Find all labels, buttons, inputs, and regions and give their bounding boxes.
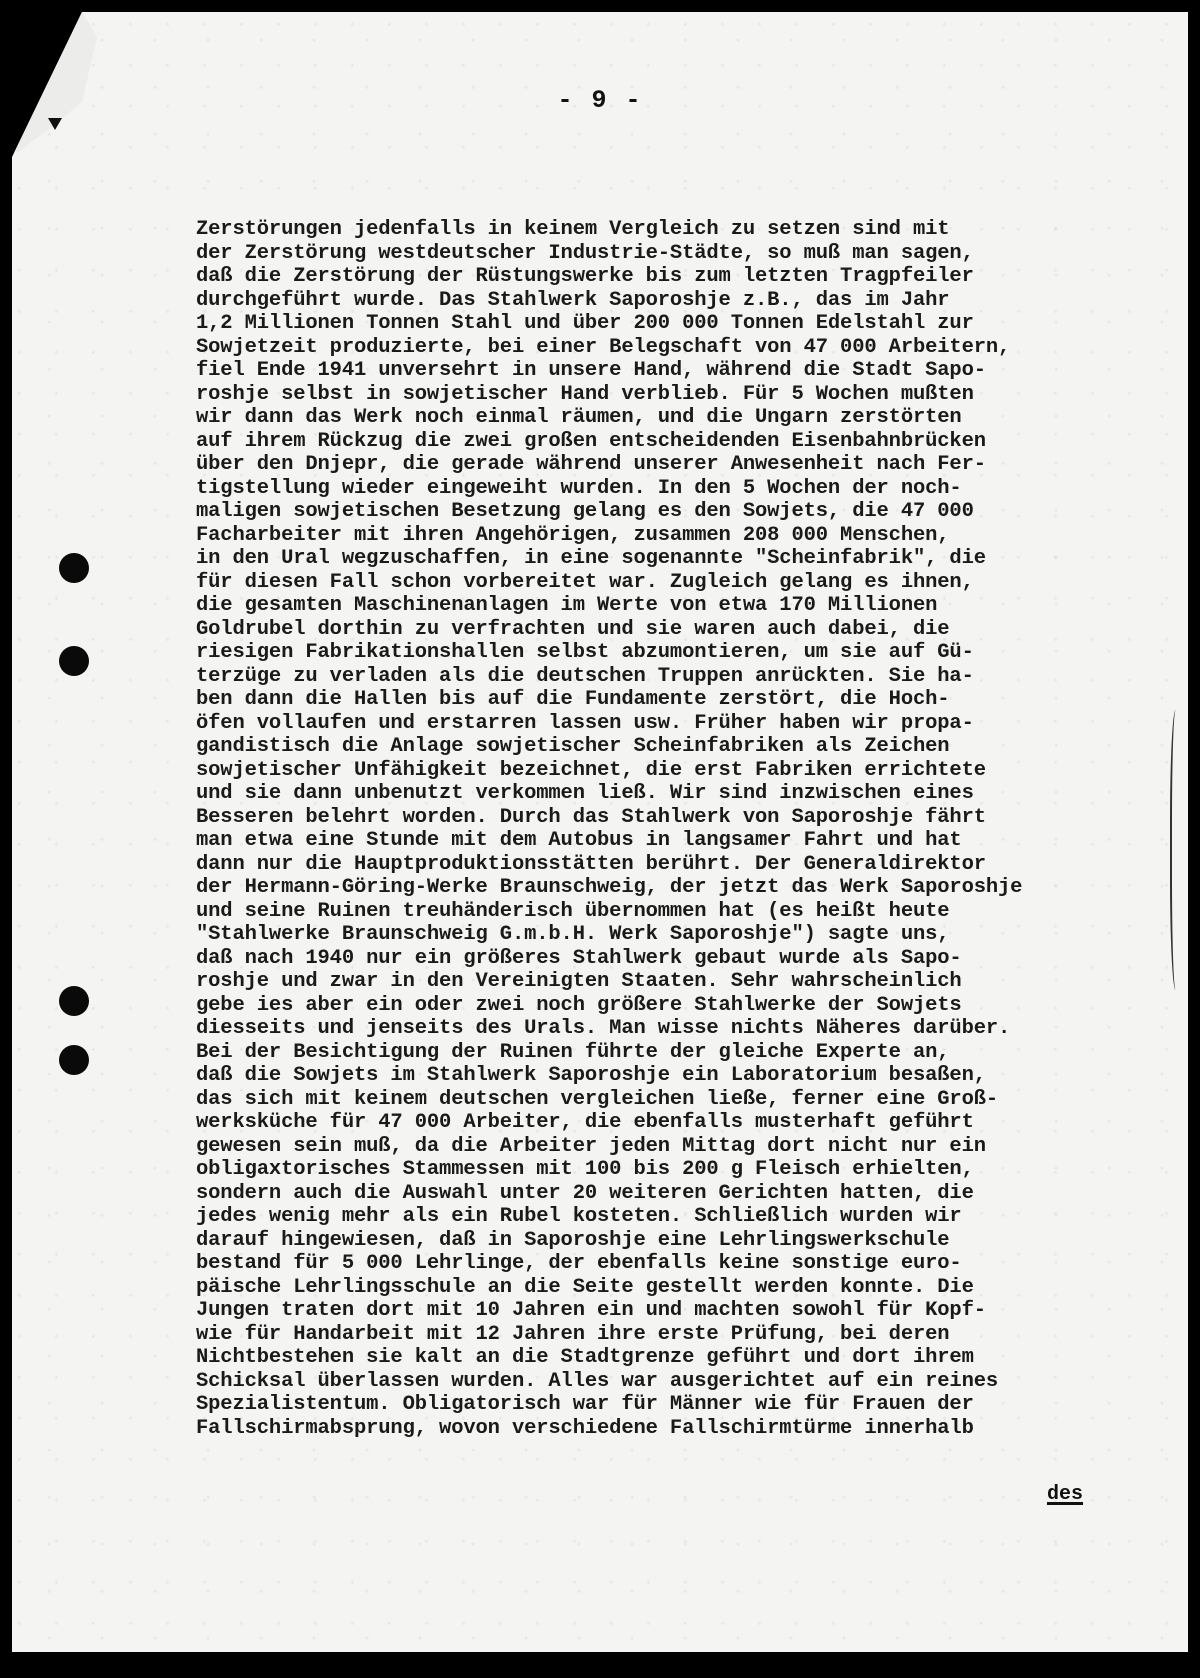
catchword: des: [1047, 1483, 1083, 1506]
text-line: man etwa eine Stunde mit dem Autobus in …: [196, 829, 1116, 853]
text-line: maligen sowjetischen Besetzung gelang es…: [196, 500, 1116, 524]
text-line: die gesamten Maschinenanlagen im Werte v…: [196, 594, 1116, 618]
text-line: Jungen traten dort mit 10 Jahren ein und…: [196, 1299, 1116, 1323]
text-line: öfen vollaufen und erstarren lassen usw.…: [196, 712, 1116, 736]
text-line: darauf hingewiesen, daß in Saporoshje ei…: [196, 1229, 1116, 1253]
text-line: daß die Zerstörung der Rüstungswerke bis…: [196, 265, 1116, 289]
text-line: roshje selbst in sowjetischer Hand verbl…: [196, 383, 1116, 407]
text-line: riesigen Fabrikationshallen selbst abzum…: [196, 641, 1116, 665]
text-line: päische Lehrlingsschule an die Seite ges…: [196, 1276, 1116, 1300]
text-line: Goldrubel dorthin zu verfrachten und sie…: [196, 618, 1116, 642]
body-text: Zerstörungen jedenfalls in keinem Vergle…: [196, 218, 1116, 1440]
text-line: das sich mit keinem deutschen vergleiche…: [196, 1088, 1116, 1112]
text-line: Besseren belehrt worden. Durch das Stahl…: [196, 806, 1116, 830]
right-edge-tear: [1170, 710, 1184, 990]
text-line: tigstellung wieder eingeweiht wurden. In…: [196, 477, 1116, 501]
text-line: wir dann das Werk noch einmal räumen, un…: [196, 406, 1116, 430]
text-line: wie für Handarbeit mit 12 Jahren ihre er…: [196, 1323, 1116, 1347]
text-line: sowjetischer Unfähigkeit bezeichnet, die…: [196, 759, 1116, 783]
text-line: dann nur die Hauptproduktionsstätten ber…: [196, 853, 1116, 877]
page-number: - 9 -: [0, 86, 1200, 115]
text-line: daß nach 1940 nur ein größeres Stahlwerk…: [196, 947, 1116, 971]
text-line: "Stahlwerke Braunschweig G.m.b.H. Werk S…: [196, 923, 1116, 947]
text-line: auf ihrem Rückzug die zwei großen entsch…: [196, 430, 1116, 454]
text-line: jedes wenig mehr als ein Rubel kosteten.…: [196, 1205, 1116, 1229]
text-line: gebe ies aber ein oder zwei noch größere…: [196, 994, 1116, 1018]
text-line: werksküche für 47 000 Arbeiter, die eben…: [196, 1111, 1116, 1135]
text-line: fiel Ende 1941 unversehrt in unsere Hand…: [196, 359, 1116, 383]
text-line: Spezialistentum. Obligatorisch war für M…: [196, 1393, 1116, 1417]
text-line: Sowjetzeit produzierte, bei einer Belegs…: [196, 336, 1116, 360]
text-line: und sie dann unbenutzt verkommen ließ. W…: [196, 782, 1116, 806]
text-line: Nichtbestehen sie kalt an die Stadtgrenz…: [196, 1346, 1116, 1370]
text-line: Bei der Besichtigung der Ruinen führte d…: [196, 1041, 1116, 1065]
text-line: der Hermann-Göring-Werke Braunschweig, d…: [196, 876, 1116, 900]
text-line: Facharbeiter mit ihren Angehörigen, zusa…: [196, 524, 1116, 548]
text-line: 1,2 Millionen Tonnen Stahl und über 200 …: [196, 312, 1116, 336]
text-line: daß die Sowjets im Stahlwerk Saporoshje …: [196, 1064, 1116, 1088]
text-line: und seine Ruinen treuhänderisch übernomm…: [196, 900, 1116, 924]
text-line: terzüge zu verladen als die deutschen Tr…: [196, 665, 1116, 689]
text-line: gewesen sein muß, da die Arbeiter jeden …: [196, 1135, 1116, 1159]
punch-hole: [59, 646, 89, 676]
text-line: durchgeführt wurde. Das Stahlwerk Saporo…: [196, 289, 1116, 313]
punch-hole: [59, 986, 89, 1016]
text-line: über den Dnjepr, die gerade während unse…: [196, 453, 1116, 477]
text-line: für diesen Fall schon vorbereitet war. Z…: [196, 571, 1116, 595]
text-line: der Zerstörung westdeutscher Industrie-S…: [196, 242, 1116, 266]
text-line: bestand für 5 000 Lehrlinge, der ebenfal…: [196, 1252, 1116, 1276]
text-line: in den Ural wegzuschaffen, in eine sogen…: [196, 547, 1116, 571]
text-line: Zerstörungen jedenfalls in keinem Vergle…: [196, 218, 1116, 242]
punch-hole: [59, 553, 89, 583]
text-line: roshje und zwar in den Vereinigten Staat…: [196, 970, 1116, 994]
text-line: ben dann die Hallen bis auf die Fundamen…: [196, 688, 1116, 712]
text-line: gandistisch die Anlage sowjetischer Sche…: [196, 735, 1116, 759]
text-line: Schicksal überlassen wurden. Alles war a…: [196, 1370, 1116, 1394]
text-line: sondern auch die Auswahl unter 20 weiter…: [196, 1182, 1116, 1206]
corner-tear-mark: [48, 118, 62, 130]
text-line: obligaxtorisches Stammessen mit 100 bis …: [196, 1158, 1116, 1182]
text-line: diesseits und jenseits des Urals. Man wi…: [196, 1017, 1116, 1041]
text-line: Fallschirmabsprung, wovon verschiedene F…: [196, 1417, 1116, 1441]
punch-hole: [59, 1045, 89, 1075]
